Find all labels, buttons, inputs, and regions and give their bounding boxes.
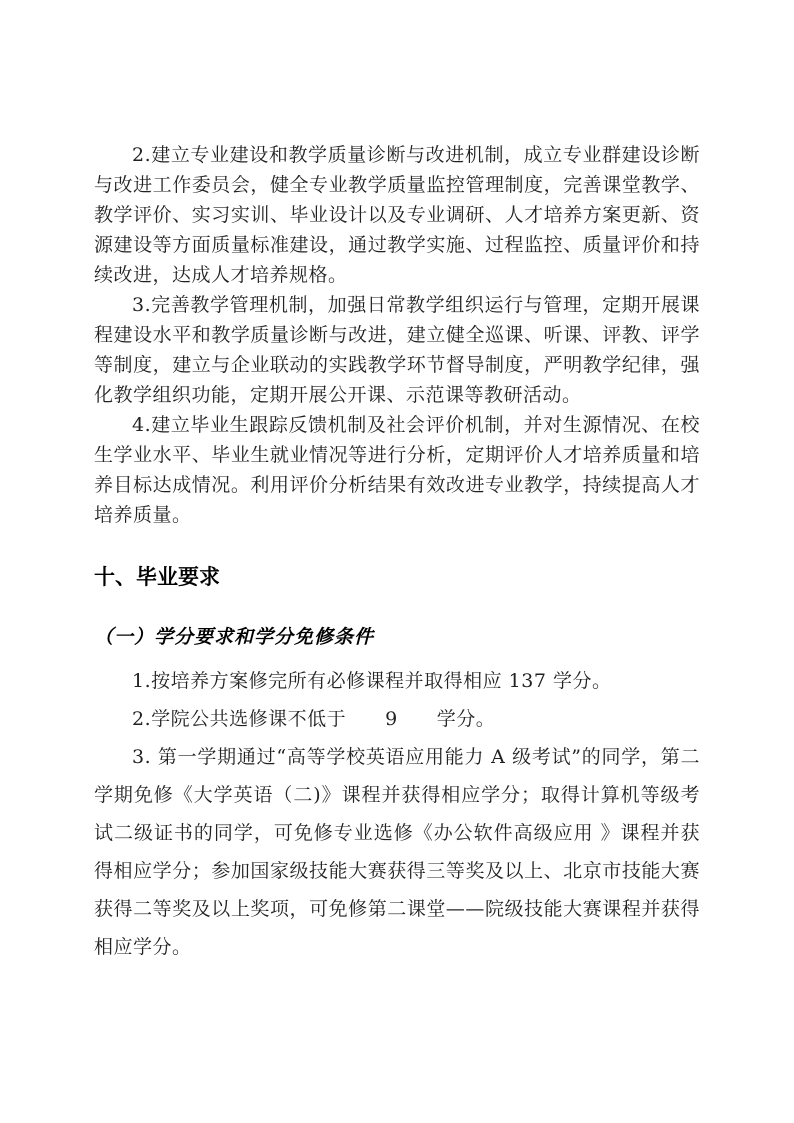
paragraph-graduate-feedback: 4.建立毕业生跟踪反馈机制及社会评价机制，并对生源情况、在校生学业水平、毕业生就… [94, 410, 700, 530]
credit-requirements-list: 1.按培养方案修完所有必修课程并取得相应 137 学分。 2.学院公共选修课不低… [94, 662, 700, 966]
numbered-paragraphs: 2.建立专业建设和教学质量诊断与改进机制，成立专业群建设诊断与改进工作委员会，健… [94, 140, 700, 530]
list-item-elective-credits: 2.学院公共选修课不低于 9 学分。 [94, 700, 700, 738]
section-heading-graduation-requirements: 十、毕业要求 [94, 562, 700, 592]
document-page: 2.建立专业建设和教学质量诊断与改进机制，成立专业群建设诊断与改进工作委员会，健… [0, 0, 794, 1123]
list-item-required-credits: 1.按培养方案修完所有必修课程并取得相应 137 学分。 [94, 662, 700, 700]
list-item-exemption-conditions: 3. 第一学期通过“高等学校英语应用能力 A 级考试”的同学，第二学期免修《大学… [94, 738, 700, 966]
paragraph-quality-diagnosis: 2.建立专业建设和教学质量诊断与改进机制，成立专业群建设诊断与改进工作委员会，健… [94, 140, 700, 290]
paragraph-teaching-management: 3.完善教学管理机制，加强日常教学组织运行与管理，定期开展课程建设水平和教学质量… [94, 290, 700, 410]
subsection-heading-credit-requirements: （一）学分要求和学分免修条件 [94, 622, 700, 652]
